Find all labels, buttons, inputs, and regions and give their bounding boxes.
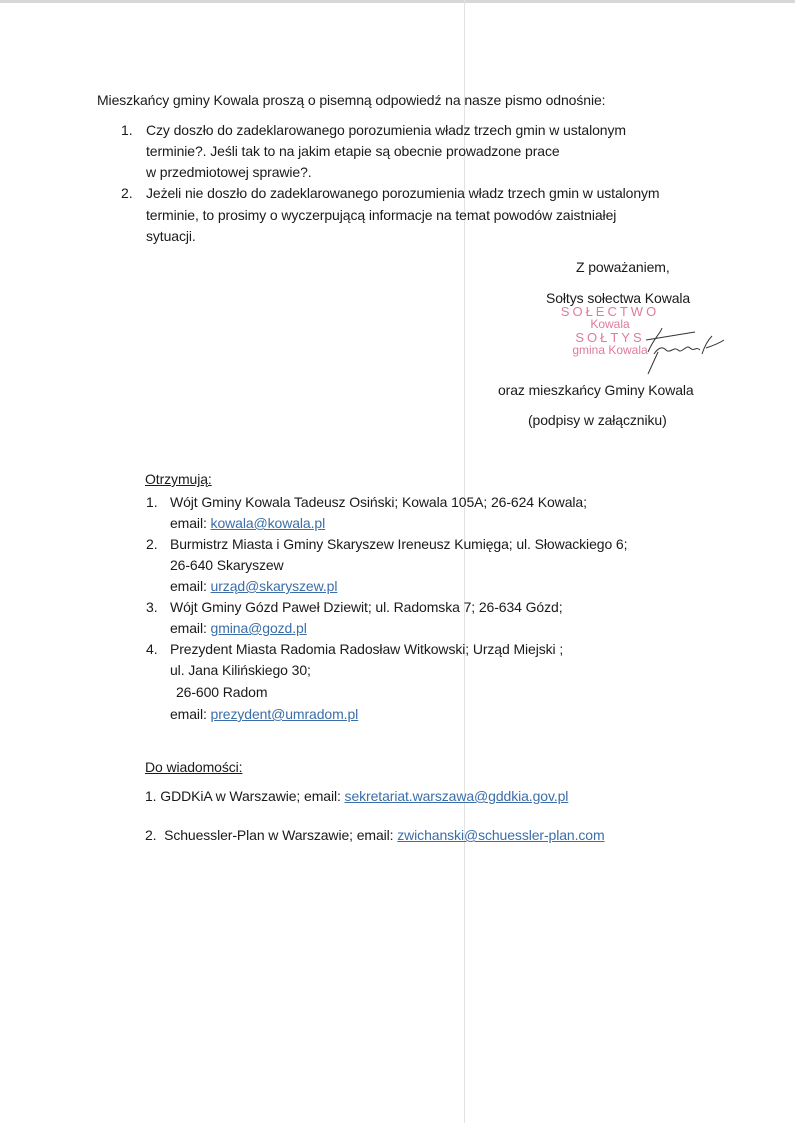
question-line: Jeżeli nie doszło do zadeklarowanego por… (146, 184, 660, 202)
recipient-line: 26-640 Skaryszew (170, 556, 284, 574)
question-line: terminie?. Jeśli tak to na jakim etapie … (146, 142, 560, 160)
greeting: Z poważaniem, (576, 258, 670, 276)
email-link[interactable]: sekretariat.warszawa@gddkia.gov.pl (345, 788, 569, 804)
cc-text: GDDKiA w Warszawie; email: (160, 788, 344, 804)
recipient-email-row: email: urząd@skaryszew.pl (170, 577, 337, 595)
recipient-email-row: email: kowala@kowala.pl (170, 514, 325, 532)
scan-edge (0, 0, 795, 3)
recipient-line: Prezydent Miasta Radomia Radosław Witkow… (170, 640, 563, 658)
question-line: terminie, to prosimy o wyczerpującą info… (146, 206, 616, 224)
recipient-line: ul. Jana Kilińskiego 30; (170, 661, 311, 679)
email-label: email: (170, 578, 211, 594)
recipient-email-row: email: prezydent@umradom.pl (170, 705, 358, 723)
recipient-number: 4. (146, 640, 158, 658)
recipient-number: 2. (146, 535, 158, 553)
co-signers: oraz mieszkańcy Gminy Kowala (498, 381, 694, 399)
email-label: email: (170, 515, 211, 531)
recipient-number: 3. (146, 598, 158, 616)
cc-number: 2. (145, 827, 156, 843)
question-number: 2. (121, 184, 133, 202)
question-line: sytuacji. (146, 227, 196, 245)
attachment-note: (podpisy w załączniku) (528, 411, 667, 429)
email-link[interactable]: urząd@skaryszew.pl (211, 578, 338, 594)
email-link[interactable]: zwichanski@schuessler-plan.com (397, 827, 604, 843)
cc-item: 2. Schuessler-Plan w Warszawie; email: z… (145, 826, 605, 844)
email-link[interactable]: kowala@kowala.pl (211, 515, 326, 531)
question-line: w przedmiotowej sprawie?. (146, 163, 312, 181)
recipient-line: 26-600 Radom (176, 683, 267, 701)
cc-heading: Do wiadomości: (145, 758, 242, 776)
recipient-line: Wójt Gminy Gózd Paweł Dziewit; ul. Radom… (170, 598, 562, 616)
email-link[interactable]: gmina@gozd.pl (211, 620, 307, 636)
recipient-email-row: email: gmina@gozd.pl (170, 619, 307, 637)
recipient-line: Burmistrz Miasta i Gminy Skaryszew Irene… (170, 535, 627, 553)
cc-text: Schuessler-Plan w Warszawie; email: (164, 827, 397, 843)
question-line: Czy doszło do zadeklarowanego porozumien… (146, 121, 626, 139)
cc-item: 1. GDDKiA w Warszawie; email: sekretaria… (145, 787, 568, 805)
email-label: email: (170, 620, 211, 636)
recipient-line: Wójt Gminy Kowala Tadeusz Osiński; Kowal… (170, 493, 587, 511)
handwritten-signature (640, 318, 730, 378)
email-link[interactable]: prezydent@umradom.pl (211, 706, 359, 722)
intro-text: Mieszkańcy gminy Kowala proszą o pisemną… (97, 91, 605, 109)
question-number: 1. (121, 121, 133, 139)
scan-fold-line (464, 0, 465, 1123)
recipients-heading: Otrzymują: (145, 470, 212, 488)
cc-number: 1. (145, 788, 156, 804)
email-label: email: (170, 706, 211, 722)
recipient-number: 1. (146, 493, 158, 511)
